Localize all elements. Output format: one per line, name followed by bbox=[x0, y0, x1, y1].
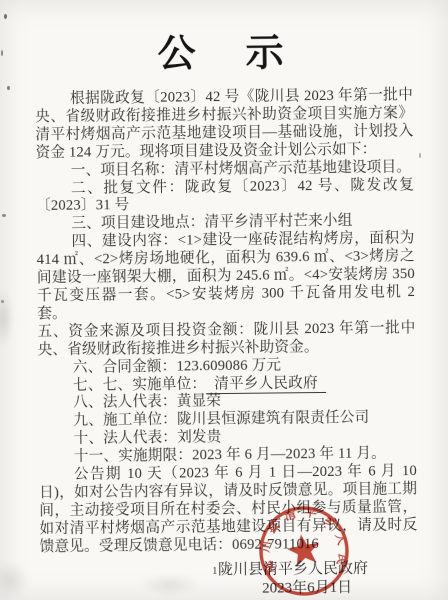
item-approval-documents: 二、批复文件：陇政复〔2023〕42 号、陇发改复〔2023〕31 号 bbox=[36, 177, 414, 217]
document-content: 公 示 根据陇政复〔2023〕42 号《陇川县 2023 年第一批中央、省级财政… bbox=[0, 0, 448, 600]
closing-paragraph: 公告期 10 天（2023 年 6 月 1 日—2023 年 6 月 10 日)… bbox=[39, 463, 418, 556]
scan-speck bbox=[2, 214, 6, 217]
page-number: 1 bbox=[212, 565, 218, 577]
document-title: 公 示 bbox=[34, 20, 413, 79]
implementing-unit-label: 七、七、实施单位： bbox=[73, 376, 206, 393]
scan-speck bbox=[419, 153, 421, 158]
notice-document: 公 示 根据陇政复〔2023〕42 号《陇川县 2023 年第一批中央、省级财政… bbox=[0, 0, 448, 600]
signature-date: 2023年6月1日 bbox=[40, 578, 418, 600]
item-funding-source: 五、资金来源及项目投资金额：陇川县 2023 年第一批中央、省级财政衔接推进乡村… bbox=[37, 320, 415, 360]
signature-block: 陇川县清平乡人民政府 2023年6月1日 bbox=[40, 559, 418, 600]
scan-speck bbox=[4, 14, 7, 19]
scan-smudge bbox=[140, 574, 200, 596]
intro-paragraph: 根据陇政复〔2023〕42 号《陇川县 2023 年第一批中央、省级财政衔接推进… bbox=[35, 87, 414, 163]
official-seal: 陇川县清平乡人民政府 bbox=[248, 495, 361, 600]
scan-speck bbox=[1, 50, 3, 56]
star-icon bbox=[285, 531, 323, 567]
scan-speck bbox=[7, 86, 10, 90]
item-construction-content: 四、建设内容：<1>建设一座砖混结构烤房，面积为 414 ㎡、<2>烤房场地硬化… bbox=[36, 230, 415, 323]
implementing-unit-value: 清平乡人民政府 bbox=[206, 374, 326, 393]
